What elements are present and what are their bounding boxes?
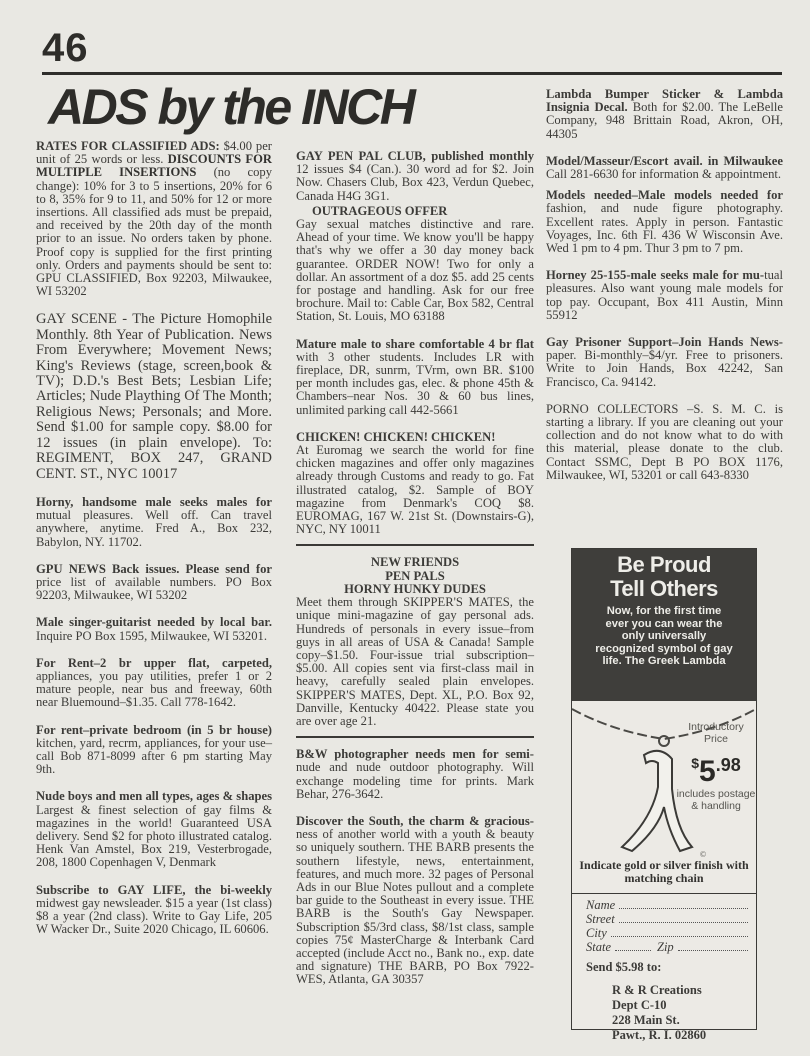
ad-for-rent-flat: For Rent–2 br upper flat, carpeted, appl… bbox=[36, 657, 272, 710]
ad-lambda-sticker: Lambda Bumper Sticker & Lambda Insignia … bbox=[546, 88, 783, 141]
ad-nude-boys: Nude boys and men all types, ages & shap… bbox=[36, 790, 272, 869]
headline-tell-others: Tell Others bbox=[572, 577, 756, 601]
mailing-address: R & R Creations Dept C-10 228 Main St. P… bbox=[612, 983, 748, 1043]
lambda-pendant-ad: Be Proud Tell Others Now, for the first … bbox=[571, 548, 757, 1030]
ad-tagline: Now, for the first time ever you can wea… bbox=[572, 605, 756, 668]
ad-horney-25: Horney 25-155-male seeks male for mu-tua… bbox=[546, 269, 783, 322]
ad-horny-handsome: Horny, handsome male seeks males for mut… bbox=[36, 496, 272, 549]
state-zip-field[interactable]: StateZip bbox=[586, 940, 748, 954]
finish-instruction: Indicate gold or silver finish with matc… bbox=[572, 859, 756, 885]
column-2: GAY PEN PAL CLUB, published monthly 12 i… bbox=[296, 150, 534, 1001]
send-payment-label: Send $5.98 to: bbox=[586, 960, 748, 975]
ad-singer-guitarist: Male singer-guitarist needed by local ba… bbox=[36, 616, 272, 642]
price-block: Introductory Price $5.98 includes postag… bbox=[676, 721, 756, 812]
ad-mature-male: Mature male to share comfortable 4 br fl… bbox=[296, 338, 534, 417]
ad-skippers-mates: Meet them through SKIPPER'S MATES, the u… bbox=[296, 596, 534, 728]
price: $5.98 bbox=[676, 747, 756, 788]
divider bbox=[296, 544, 534, 546]
header-rule bbox=[42, 72, 782, 75]
intro-price-label: Introductory Price bbox=[676, 721, 756, 745]
name-field[interactable]: Name bbox=[586, 898, 748, 912]
order-form: Name Street City StateZip Send $5.98 to:… bbox=[572, 893, 756, 1043]
ad-pen-pal-club: GAY PEN PAL CLUB, published monthly 12 i… bbox=[296, 150, 534, 203]
headline-be-proud: Be Proud bbox=[572, 553, 756, 577]
city-field[interactable]: City bbox=[586, 926, 748, 940]
ad-rates: RATES FOR CLASSIFIED ADS: $4.00 per unit… bbox=[36, 140, 272, 298]
ad-prisoner-support: Gay Prisoner Support–Join Hands News-pap… bbox=[546, 336, 783, 389]
column-1: RATES FOR CLASSIFIED ADS: $4.00 per unit… bbox=[36, 140, 272, 950]
ad-friends-heading-1: NEW FRIENDS bbox=[296, 556, 534, 569]
section-title: ADS by the INCH bbox=[48, 80, 413, 134]
includes-shipping: includes postage & handling bbox=[676, 788, 756, 812]
page-number: 46 bbox=[42, 28, 89, 68]
ad-for-rent-bedroom: For rent–private bedroom (in 5 br house)… bbox=[36, 724, 272, 777]
ad-chicken-body: At Euromag we search the world for fine … bbox=[296, 444, 534, 536]
street-field[interactable]: Street bbox=[586, 912, 748, 926]
ad-photographer: B&W photographer needs men for semi-nude… bbox=[296, 748, 534, 801]
ad-porno-collectors: PORNO COLLECTORS –S. S. M. C. is startin… bbox=[546, 403, 783, 482]
column-3: Lambda Bumper Sticker & Lambda Insignia … bbox=[546, 88, 783, 496]
ad-gay-scene: GAY SCENE - The Picture Homophile Monthl… bbox=[36, 312, 272, 481]
ad-model-masseur: Model/Masseur/Escort avail. in Milwaukee… bbox=[546, 155, 783, 181]
ad-outrageous-body: Gay sexual matches distinctive and rare.… bbox=[296, 218, 534, 324]
ad-gpu-news: GPU NEWS Back issues. Please send for pr… bbox=[36, 563, 272, 603]
ad-gay-life: Subscribe to GAY LIFE, the bi-weekly mid… bbox=[36, 884, 272, 937]
ad-models-needed: Models needed–Male models needed for fas… bbox=[546, 189, 783, 255]
divider bbox=[296, 736, 534, 738]
ad-friends-heading-2: PEN PALS bbox=[296, 570, 534, 583]
ad-the-barb: Discover the South, the charm & gracious… bbox=[296, 815, 534, 987]
